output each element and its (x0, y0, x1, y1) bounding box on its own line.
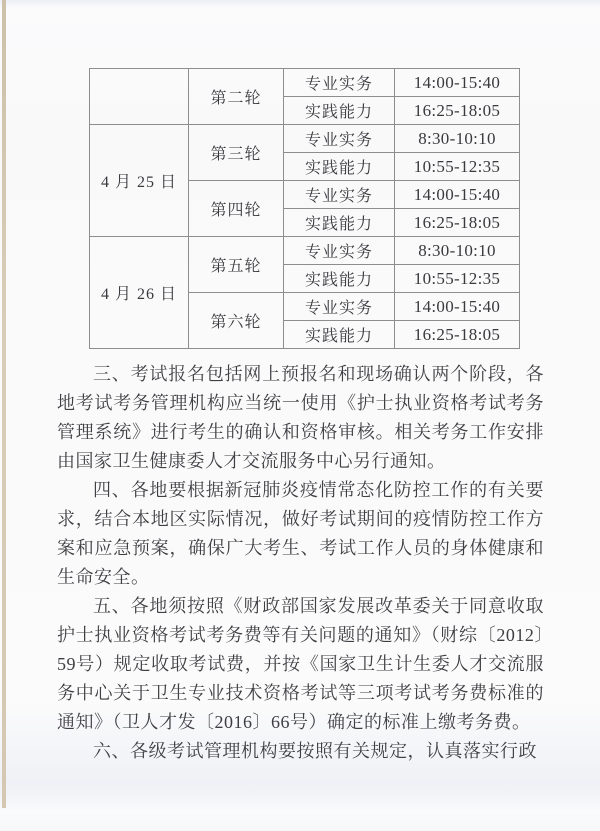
table-cell-subject: 专业实务 (284, 293, 395, 321)
document-body: 三、考试报名包括网上预报名和现场确认两个阶段，各地考试考务管理机构应当统一使用《… (57, 360, 544, 766)
table-cell-round: 第三轮 (189, 125, 284, 181)
table-cell-subject: 实践能力 (284, 153, 395, 181)
table-cell-time: 10:55-12:35 (395, 153, 520, 181)
table-cell-time: 10:55-12:35 (395, 265, 520, 293)
table-cell-time: 8:30-10:10 (395, 237, 520, 265)
table-cell-subject: 实践能力 (284, 97, 395, 125)
table-cell-subject: 专业实务 (284, 69, 395, 97)
page-edge-strip (2, 0, 6, 808)
table-cell-round: 第五轮 (189, 237, 284, 293)
table-cell-date (90, 69, 189, 125)
table-cell-time: 16:25-18:05 (395, 321, 520, 349)
table-cell-date: 4 月 25 日 (90, 125, 189, 237)
exam-schedule-table: 第二轮 专业实务 14:00-15:40 实践能力 16:25-18:05 4 … (89, 68, 520, 349)
table-cell-time: 16:25-18:05 (395, 209, 520, 237)
table-cell-time: 14:00-15:40 (395, 69, 520, 97)
table-cell-round: 第四轮 (189, 181, 284, 237)
table-cell-subject: 专业实务 (284, 125, 395, 153)
table-cell-time: 16:25-18:05 (395, 97, 520, 125)
paragraph-item-5: 五、各地须按照《财政部国家发展改革委关于同意收取护士执业资格考试考务费等有关问题… (57, 592, 544, 737)
table-cell-subject: 专业实务 (284, 181, 395, 209)
table-cell-time: 14:00-15:40 (395, 181, 520, 209)
table-row: 4 月 26 日 第五轮 专业实务 8:30-10:10 (90, 237, 520, 265)
table-cell-subject: 实践能力 (284, 209, 395, 237)
table-cell-subject: 专业实务 (284, 237, 395, 265)
table-row: 4 月 25 日 第三轮 专业实务 8:30-10:10 (90, 125, 520, 153)
table-cell-round: 第二轮 (189, 69, 284, 125)
paragraph-item-3: 三、考试报名包括网上预报名和现场确认两个阶段，各地考试考务管理机构应当统一使用《… (57, 360, 544, 476)
document-page: 第二轮 专业实务 14:00-15:40 实践能力 16:25-18:05 4 … (0, 0, 600, 831)
table-cell-time: 14:00-15:40 (395, 293, 520, 321)
table-row: 第二轮 专业实务 14:00-15:40 (90, 69, 520, 97)
table-cell-time: 8:30-10:10 (395, 125, 520, 153)
table-cell-subject: 实践能力 (284, 265, 395, 293)
table-cell-date: 4 月 26 日 (90, 237, 189, 349)
paragraph-item-4: 四、各地要根据新冠肺炎疫情常态化防控工作的有关要求，结合本地区实际情况，做好考试… (57, 476, 544, 592)
table-cell-subject: 实践能力 (284, 321, 395, 349)
paragraph-item-6: 六、各级考试管理机构要按照有关规定，认真落实行政 (57, 737, 544, 766)
table-cell-round: 第六轮 (189, 293, 284, 349)
